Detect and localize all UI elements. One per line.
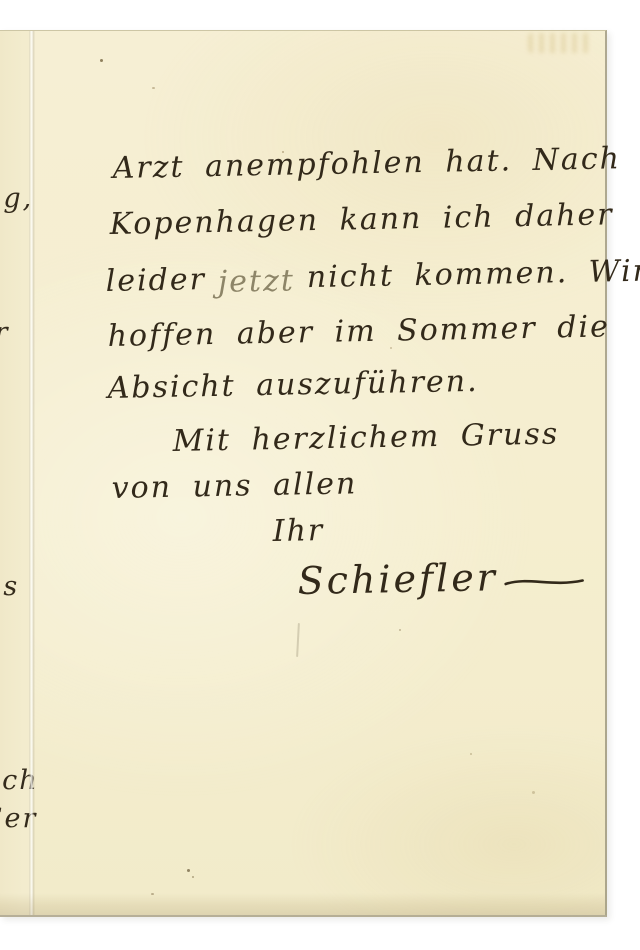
foxing-spot [152, 87, 155, 89]
foxing-spot [151, 893, 154, 895]
crease-mark [296, 623, 300, 657]
letter-line-3: leiderjetztnicht kommen. Wir [105, 254, 640, 299]
foxing-spot [532, 791, 535, 794]
signature-flourish [503, 553, 586, 599]
letter-line-1: Arzt anempfohlen hat. Nach [112, 141, 621, 186]
signature: Schiefler [297, 555, 498, 603]
bleed-through-mark [528, 33, 590, 53]
foxing-spot [100, 59, 103, 62]
letter-line-2: Kopenhagen kann ich daher [109, 197, 614, 242]
letter-line-5: Absicht auszuführen. [107, 364, 479, 406]
cutoff-word-fragment: ir [0, 317, 10, 348]
signature-row: Schiefler [297, 553, 586, 603]
scanned-letter-page: ng, n ir h l us n - ach Ser Arzt anempfo… [0, 0, 640, 950]
page-fold-line [29, 31, 35, 915]
closing-line-3: Ihr [272, 513, 324, 549]
closing-line-1: Mit herzlichem Gruss [172, 417, 559, 459]
previous-page-edge: ng, n ir h l us n - ach Ser [0, 31, 30, 915]
foxing-spot [399, 629, 401, 631]
letter-line-3-rest: nicht kommen. Wir [307, 254, 640, 296]
closing-line-2: von uns allen [111, 466, 357, 506]
foxing-spot [470, 753, 472, 755]
cutoff-word-fragment: n [0, 677, 3, 708]
letter-line-3-word: leider [105, 262, 206, 299]
cutoff-word-fragment: n [0, 223, 3, 254]
cutoff-word-fragment: us [0, 571, 19, 602]
cutoff-word-fragment: h [0, 407, 3, 438]
letter-line-4: hoffen aber im Sommer die [107, 309, 610, 354]
foxing-spot [187, 869, 190, 872]
letter-paper: ng, n ir h l us n - ach Ser Arzt anempfo… [0, 30, 607, 917]
letter-line-3-faded-word: jetzt [218, 263, 296, 299]
foxing-spot [192, 876, 194, 878]
